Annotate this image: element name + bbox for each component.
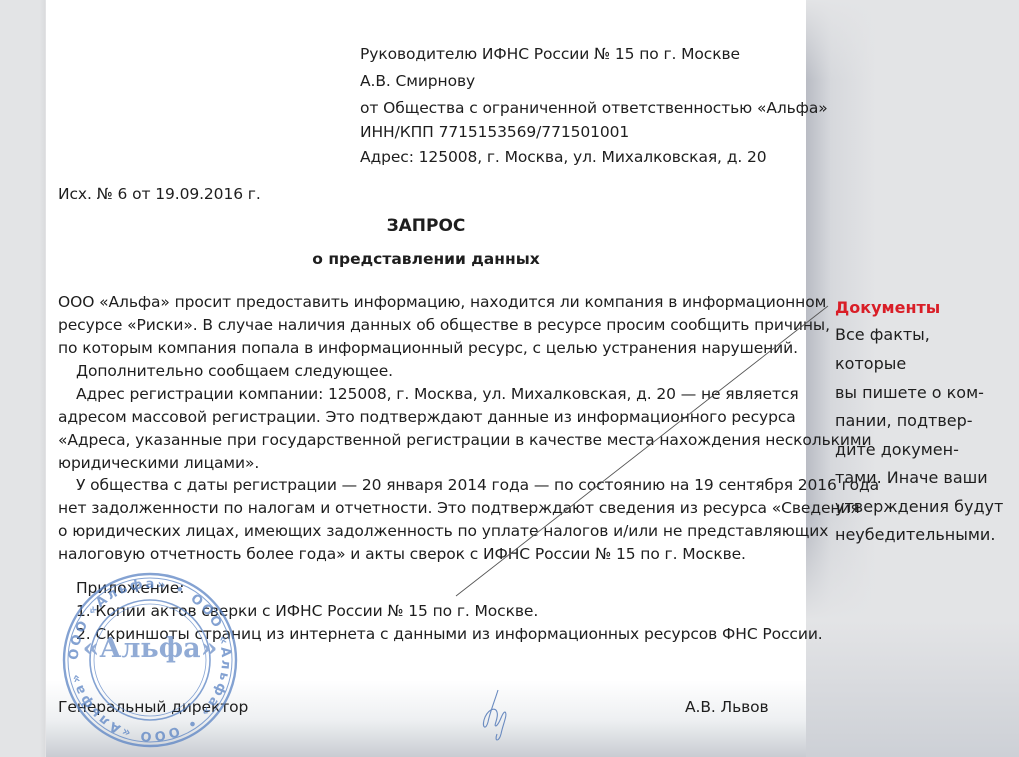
- background-left-strip: [0, 0, 45, 757]
- body-line: ООО «Альфа» просит предоставить информац…: [58, 291, 826, 313]
- addressee-line: Руководителю ИФНС России № 15 по г. Моск…: [360, 43, 740, 65]
- body-line: «Адреса, указанные при государственной р…: [58, 429, 871, 451]
- body-line: по которым компания попала в информацион…: [58, 337, 798, 359]
- signatory-position: Генеральный директор: [58, 696, 248, 718]
- body-line: адресом массовой регистрации. Это подтве…: [58, 406, 796, 428]
- signatory-name: А.В. Львов: [685, 696, 769, 718]
- sidebar-note-title: Документы: [835, 298, 940, 317]
- addressee-line: от Общества с ограниченной ответственнос…: [360, 97, 828, 119]
- body-line: налоговую отчетность более года» и акты …: [58, 543, 746, 565]
- sidebar-note-line: пании, подтвер-: [835, 410, 973, 432]
- addressee-line: А.В. Смирнову: [360, 70, 475, 92]
- addressee-line: Адрес: 125008, г. Москва, ул. Михалковск…: [360, 146, 767, 168]
- sidebar-note-line: утверждения будут: [835, 496, 1003, 518]
- body-line: о юридических лицах, имеющих задолженнос…: [58, 520, 828, 542]
- document-title: ЗАПРОС: [46, 216, 806, 236]
- addressee-line: ИНН/КПП 7715153569/771501001: [360, 121, 629, 143]
- sidebar-note-line: вы пишете о ком-: [835, 382, 984, 404]
- body-line: Дополнительно сообщаем следующее.: [76, 360, 393, 382]
- sidebar-note-line: тами. Иначе ваши: [835, 467, 988, 489]
- sidebar-note-line: неубедительными.: [835, 524, 995, 546]
- body-line: юридическими лицами».: [58, 452, 259, 474]
- attachments-heading: Приложение:: [76, 577, 184, 599]
- body-line: ресурсе «Риски». В случае наличия данных…: [58, 314, 830, 336]
- body-line: У общества с даты регистрации — 20 январ…: [76, 474, 879, 496]
- attachment-item: 2. Скриншоты страниц из интернета с данн…: [76, 623, 823, 645]
- attachment-item: 1. Копии актов сверки с ИФНС России № 15…: [76, 600, 538, 622]
- sidebar-shade: [806, 0, 1019, 757]
- body-line: Адрес регистрации компании: 125008, г. М…: [76, 383, 799, 405]
- body-line: нет задолженности по налогам и отчетност…: [58, 497, 860, 519]
- document-subtitle: о представлении данных: [46, 250, 806, 268]
- sidebar-note-line: которые: [835, 353, 906, 375]
- sidebar-note-line: Все факты,: [835, 324, 930, 346]
- sidebar-note-line: дите докумен-: [835, 439, 959, 461]
- outgoing-reference: Исх. № 6 от 19.09.2016 г.: [58, 183, 261, 205]
